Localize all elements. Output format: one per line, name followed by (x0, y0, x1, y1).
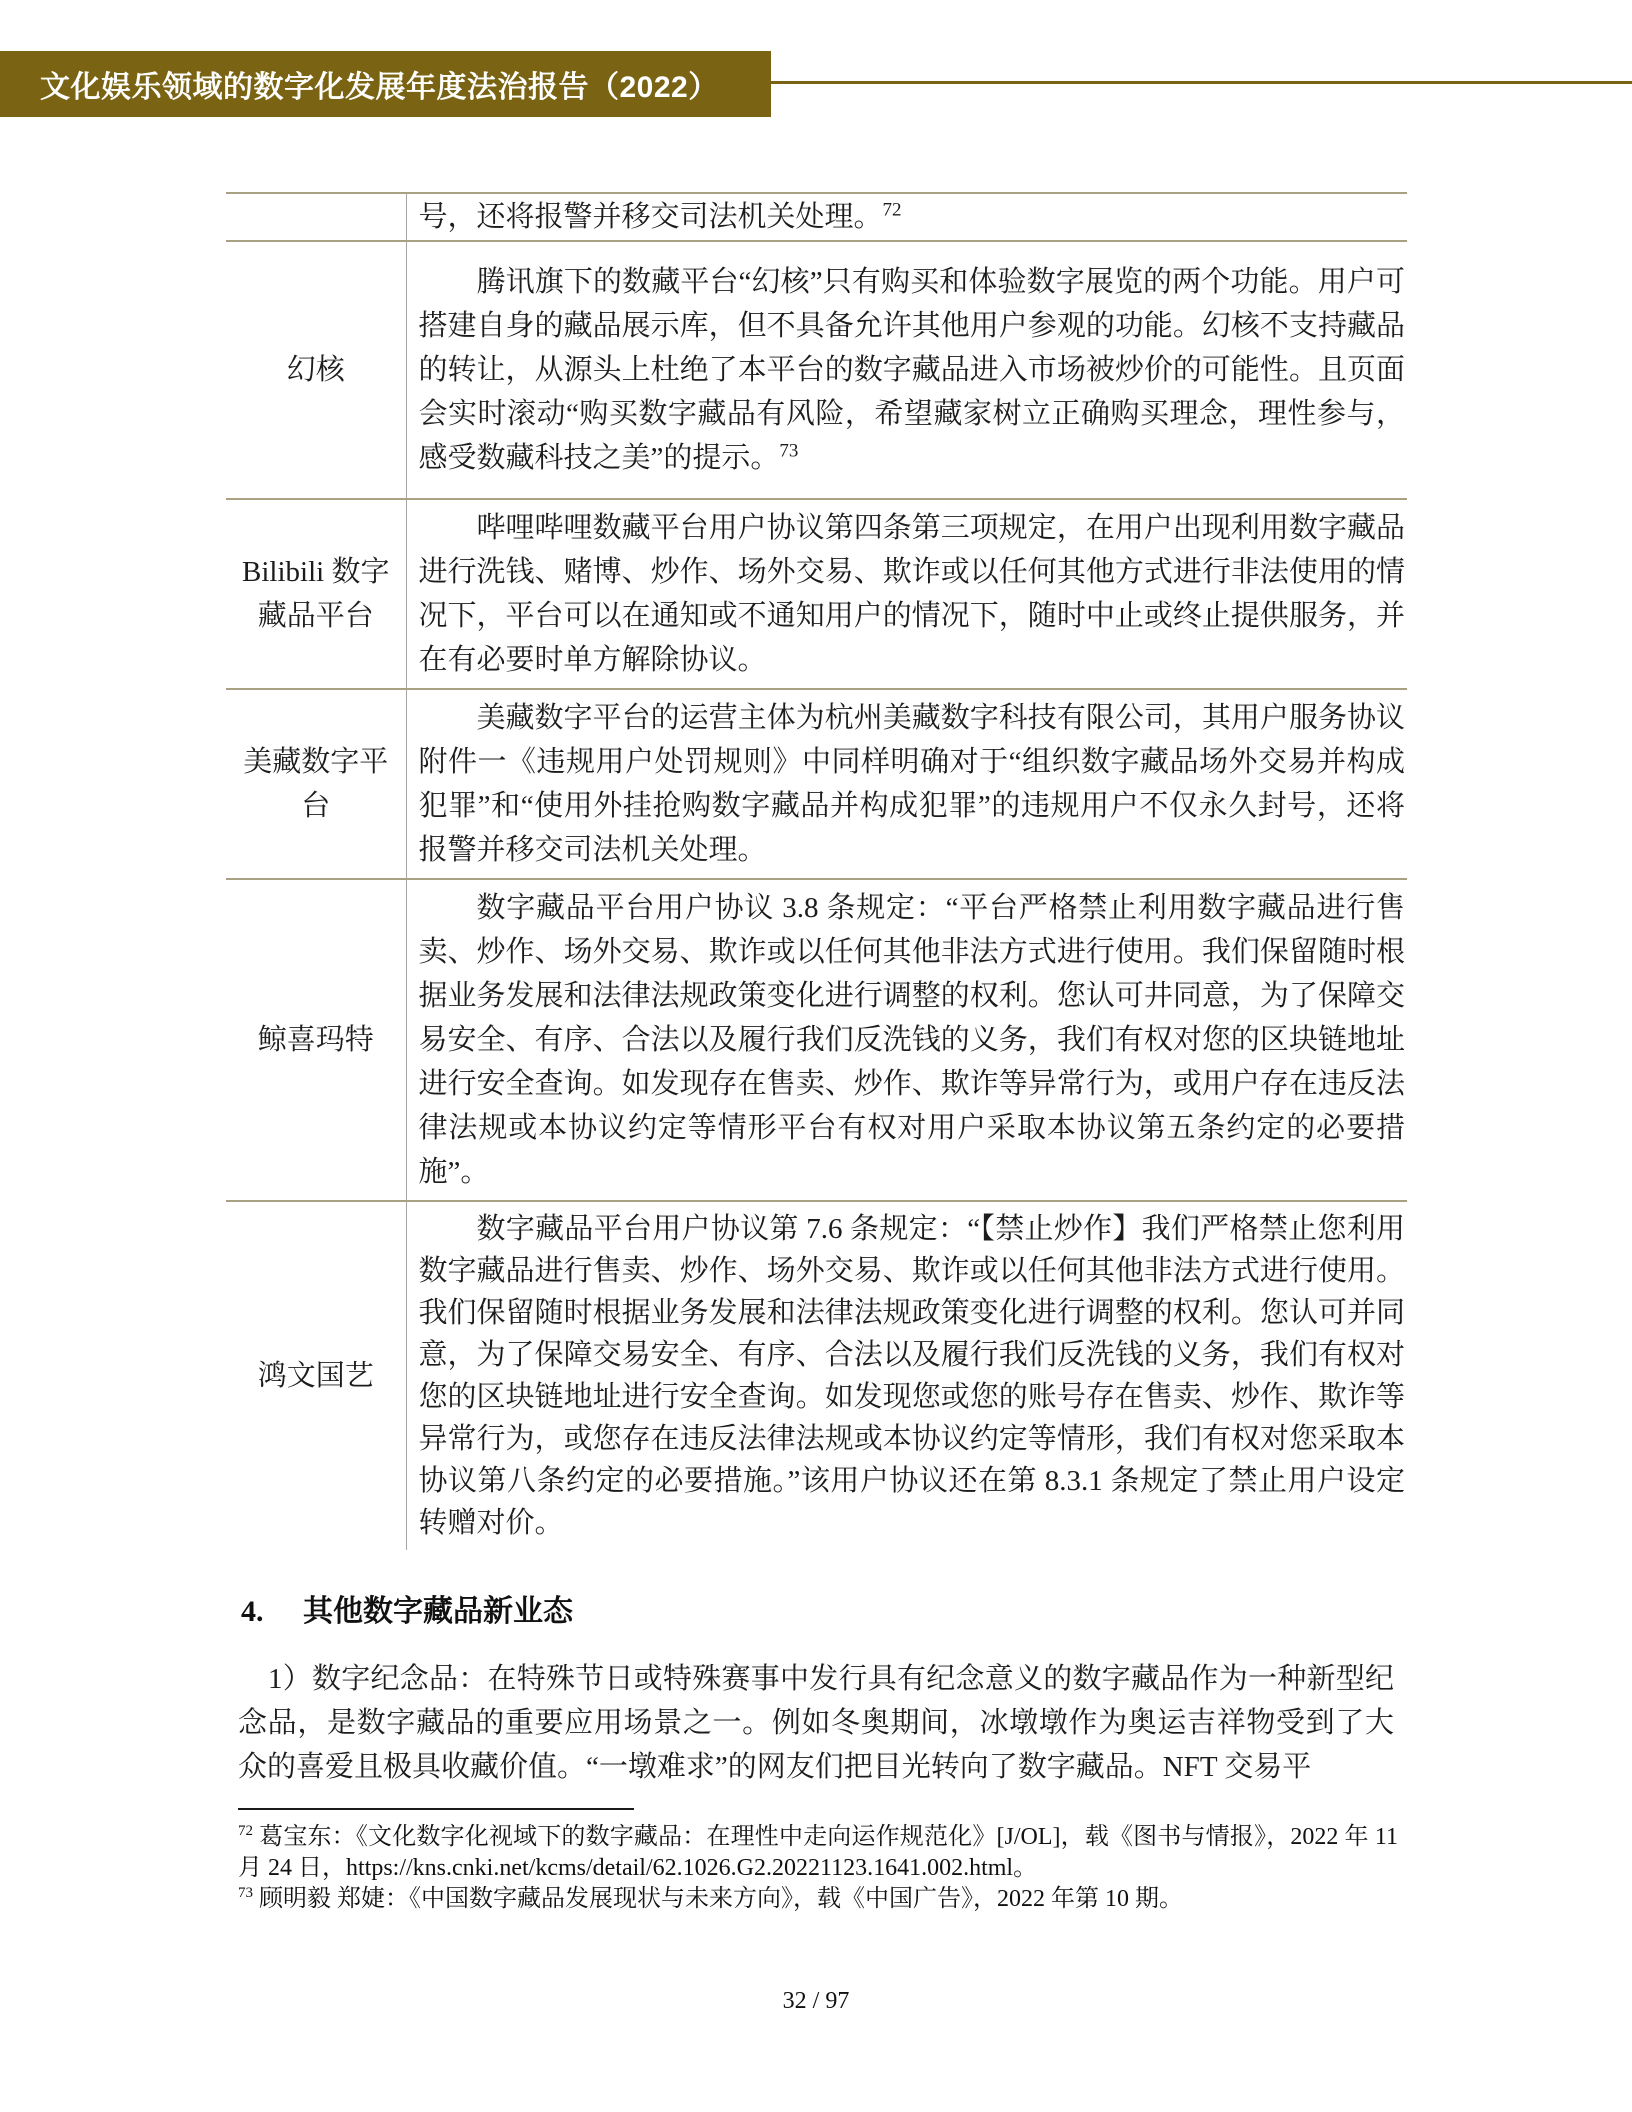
footnote-ref-73: 73 (779, 440, 798, 461)
cell-paragraph: 美藏数字平台的运营主体为杭州美藏数字科技有限公司，其用户服务协议附件一《违规用户… (419, 696, 1406, 872)
footnote-text: 顾明毅 郑婕：《中国数字藏品发展现状与未来方向》，载《中国广告》，2022 年第… (259, 1886, 1183, 1912)
cell-text: 数字藏品平台用户协议第 7.6 条规定：“【禁止炒作】我们严格禁止您利用数字藏品… (419, 1213, 1406, 1539)
platform-rule-cell: 号，还将报警并移交司法机关处理。72 (406, 193, 1407, 241)
footnotes: 72 葛宝东：《文化数字化视域下的数字藏品：在理性中走向运作规范化》[J/OL]… (238, 1822, 1398, 1915)
platform-name-cell: 幻核 (226, 241, 406, 499)
platform-rules-table: 号，还将报警并移交司法机关处理。72 幻核 腾讯旗下的数藏平台“幻核”只有购买和… (226, 192, 1407, 1550)
table-row: 美藏数字平台 美藏数字平台的运营主体为杭州美藏数字科技有限公司，其用户服务协议附… (226, 689, 1407, 879)
footnote-marker: 72 (238, 1823, 253, 1839)
platform-rule-cell: 腾讯旗下的数藏平台“幻核”只有购买和体验数字展览的两个功能。用户可搭建自身的藏品… (406, 241, 1407, 499)
table-row: 鸿文国艺 数字藏品平台用户协议第 7.6 条规定：“【禁止炒作】我们严格禁止您利… (226, 1201, 1407, 1550)
footnote-separator (238, 1808, 634, 1810)
platform-name-cell: 美藏数字平台 (226, 689, 406, 879)
platform-name-cell: 鸿文国艺 (226, 1201, 406, 1550)
table-row: 鲸喜玛特 数字藏品平台用户协议 3.8 条规定：“平台严格禁止利用数字藏品进行售… (226, 879, 1407, 1201)
cell-paragraph: 数字藏品平台用户协议第 7.6 条规定：“【禁止炒作】我们严格禁止您利用数字藏品… (419, 1208, 1406, 1544)
platform-name-cell (226, 193, 406, 241)
table-row: Bilibili 数字藏品平台 哔哩哔哩数藏平台用户协议第四条第三项规定，在用户… (226, 499, 1407, 689)
footnote-ref-72: 72 (883, 199, 902, 220)
footnote-73: 73 顾明毅 郑婕：《中国数字藏品发展现状与未来方向》，载《中国广告》，2022… (238, 1884, 1398, 1915)
footnote-marker: 73 (238, 1885, 253, 1901)
section-title: 其他数字藏品新业态 (303, 1595, 573, 1628)
platform-name-cell: Bilibili 数字藏品平台 (226, 499, 406, 689)
table-row: 号，还将报警并移交司法机关处理。72 (226, 193, 1407, 241)
page-number: 32 / 97 (0, 1988, 1632, 2015)
footnote-text: 葛宝东：《文化数字化视域下的数字藏品：在理性中走向运作规范化》[J/OL]，载《… (238, 1824, 1398, 1881)
footnote-72: 72 葛宝东：《文化数字化视域下的数字藏品：在理性中走向运作规范化》[J/OL]… (238, 1822, 1398, 1884)
cell-text: 号，还将报警并移交司法机关处理。 (419, 201, 883, 233)
cell-text: 腾讯旗下的数藏平台“幻核”只有购买和体验数字展览的两个功能。用户可搭建自身的藏品… (419, 266, 1406, 474)
body-paragraph: 1）数字纪念品：在特殊节日或特殊赛事中发行具有纪念意义的数字藏品作为一种新型纪念… (238, 1657, 1394, 1789)
cell-paragraph: 号，还将报警并移交司法机关处理。72 (419, 195, 1406, 239)
platform-rule-cell: 数字藏品平台用户协议 3.8 条规定：“平台严格禁止利用数字藏品进行售卖、炒作、… (406, 879, 1407, 1201)
platform-name-cell: 鲸喜玛特 (226, 879, 406, 1201)
header-band: 文化娱乐领域的数字化发展年度法治报告（2022） (0, 51, 771, 117)
cell-paragraph: 腾讯旗下的数藏平台“幻核”只有购买和体验数字展览的两个功能。用户可搭建自身的藏品… (419, 260, 1406, 480)
table-row: 幻核 腾讯旗下的数藏平台“幻核”只有购买和体验数字展览的两个功能。用户可搭建自身… (226, 241, 1407, 499)
cell-paragraph: 数字藏品平台用户协议 3.8 条规定：“平台严格禁止利用数字藏品进行售卖、炒作、… (419, 886, 1406, 1194)
section-number: 4. (241, 1592, 303, 1632)
platform-rule-cell: 美藏数字平台的运营主体为杭州美藏数字科技有限公司，其用户服务协议附件一《违规用户… (406, 689, 1407, 879)
section-heading: 4.其他数字藏品新业态 (241, 1592, 573, 1632)
platform-rule-cell: 哔哩哔哩数藏平台用户协议第四条第三项规定，在用户出现利用数字藏品进行洗钱、赌博、… (406, 499, 1407, 689)
header-rule (771, 81, 1632, 84)
platform-rule-cell: 数字藏品平台用户协议第 7.6 条规定：“【禁止炒作】我们严格禁止您利用数字藏品… (406, 1201, 1407, 1550)
cell-text: 数字藏品平台用户协议 3.8 条规定：“平台严格禁止利用数字藏品进行售卖、炒作、… (419, 892, 1406, 1188)
report-title: 文化娱乐领域的数字化发展年度法治报告（2022） (0, 62, 719, 106)
cell-text: 哔哩哔哩数藏平台用户协议第四条第三项规定，在用户出现利用数字藏品进行洗钱、赌博、… (419, 512, 1406, 676)
cell-text: 美藏数字平台的运营主体为杭州美藏数字科技有限公司，其用户服务协议附件一《违规用户… (419, 702, 1406, 866)
cell-paragraph: 哔哩哔哩数藏平台用户协议第四条第三项规定，在用户出现利用数字藏品进行洗钱、赌博、… (419, 506, 1406, 682)
